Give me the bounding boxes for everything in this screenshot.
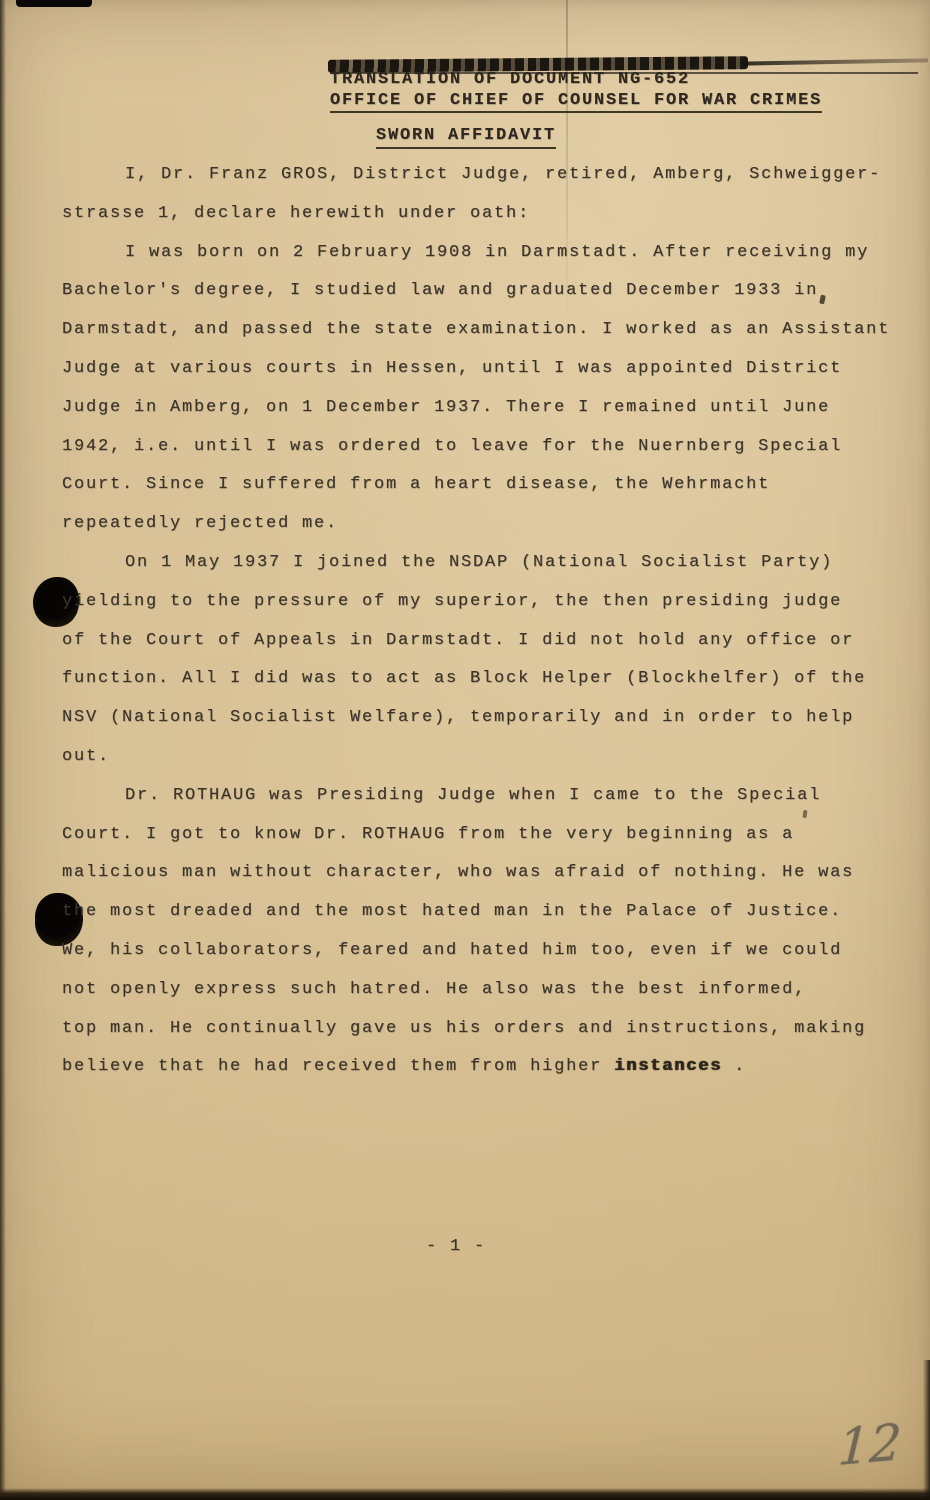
text-line: Court. Since I suffered from a heart dis…: [62, 466, 902, 505]
paragraph: Dr. ROTHAUG was Presiding Judge when I c…: [62, 777, 902, 1087]
text-line: Judge at various courts in Hessen, until…: [62, 350, 902, 389]
handwritten-page-number: 12: [837, 1413, 903, 1477]
text-line: believe that he had received them from h…: [62, 1048, 902, 1087]
paper-edge-bottom: [0, 1488, 930, 1500]
text-line: malicious man without character, who was…: [62, 854, 902, 893]
paper-edge-right: [923, 1360, 930, 1500]
text-line: 1942, i.e. until I was ordered to leave …: [62, 428, 902, 467]
text-line: yielding to the pressure of my superior,…: [62, 583, 902, 622]
text-line: out.: [62, 738, 902, 777]
paragraph: I was born on 2 February 1908 in Darmsta…: [62, 234, 902, 544]
paper-edge-top-mark: [16, 0, 92, 7]
text-line: We, his collaborators, feared and hated …: [62, 932, 902, 971]
text-line: the most dreaded and the most hated man …: [62, 893, 902, 932]
paper-edge-left: [0, 0, 6, 1500]
text-line: Bachelor's degree, I studied law and gra…: [62, 272, 902, 311]
text-line: I, Dr. Franz GROS, District Judge, retir…: [62, 156, 902, 195]
stamp-line-1: TRANSLATION OF DOCUMENT NG-652: [330, 70, 690, 89]
overstruck-word: instances: [614, 1057, 722, 1076]
text-line: repeatedly rejected me.: [62, 505, 902, 544]
text-line: I was born on 2 February 1908 in Darmsta…: [62, 234, 902, 273]
text-line: Darmstadt, and passed the state examinat…: [62, 311, 902, 350]
page-number: - 1 -: [0, 1237, 912, 1256]
scribble-mark-tail: [742, 58, 928, 65]
affidavit-page-scan: TRANSLATION OF DOCUMENT NG-652 OFFICE OF…: [0, 0, 930, 1500]
affidavit-body: I, Dr. Franz GROS, District Judge, retir…: [62, 156, 902, 1087]
text-line: NSV (National Socialist Welfare), tempor…: [62, 699, 902, 738]
text-line: Court. I got to know Dr. ROTHAUG from th…: [62, 816, 902, 855]
text-line: of the Court of Appeals in Darmstadt. I …: [62, 622, 902, 661]
paragraph: I, Dr. Franz GROS, District Judge, retir…: [62, 156, 902, 234]
text-line: not openly express such hatred. He also …: [62, 971, 902, 1010]
text-line: strasse 1, declare herewith under oath:: [62, 195, 902, 234]
text-line: top man. He continually gave us his orde…: [62, 1010, 902, 1049]
affidavit-title: SWORN AFFIDAVIT: [376, 126, 556, 149]
text-line: Dr. ROTHAUG was Presiding Judge when I c…: [62, 777, 902, 816]
text-line: On 1 May 1937 I joined the NSDAP (Nation…: [62, 544, 902, 583]
text-segment: believe that he had received them from h…: [62, 1057, 614, 1076]
text-segment: .: [722, 1057, 746, 1076]
text-line: function. All I did was to act as Block …: [62, 660, 902, 699]
stamp-line-2: OFFICE OF CHIEF OF COUNSEL FOR WAR CRIME…: [330, 91, 822, 113]
paragraph: On 1 May 1937 I joined the NSDAP (Nation…: [62, 544, 902, 777]
text-line: Judge in Amberg, on 1 December 1937. The…: [62, 389, 902, 428]
